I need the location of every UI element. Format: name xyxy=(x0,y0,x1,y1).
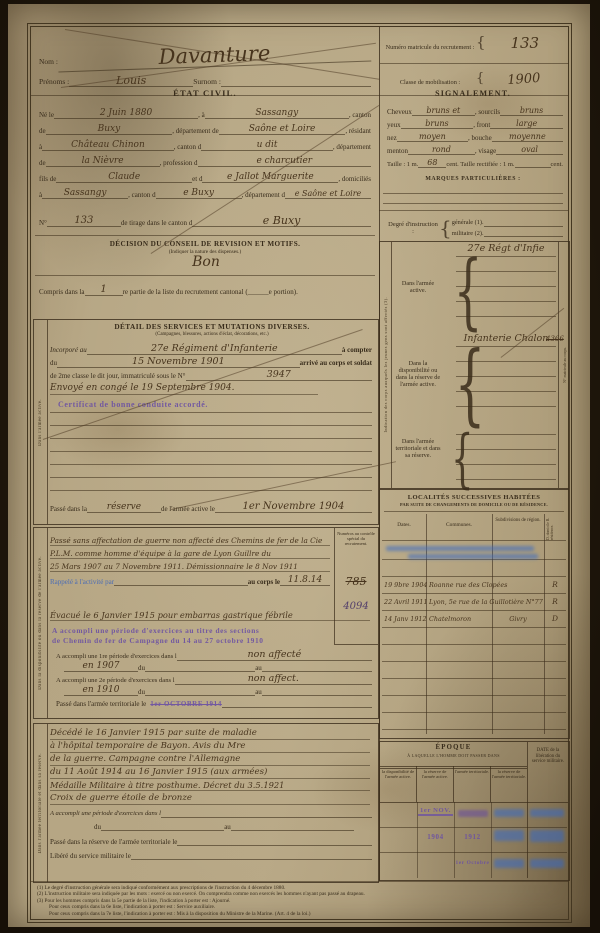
purple-stamp-smear xyxy=(458,810,488,817)
epoque-stamp-octobre: 1er Octobre xyxy=(455,860,490,866)
field-label: Incorporé au xyxy=(50,346,87,354)
field-label: au corps le xyxy=(248,578,280,586)
localites-col-communes: Communes. xyxy=(426,522,492,528)
matricule-row: Numéro matricule du recrutement : { 133 xyxy=(384,33,564,51)
territoriale-margin: Dans l'armée territoriale et dans sa rés… xyxy=(34,724,48,882)
blank-fill xyxy=(515,167,551,168)
blank-fill xyxy=(222,707,372,708)
field-label: militaire (2). xyxy=(452,230,484,237)
reserve-margin: Dans la disponibilité ou dans la réserve… xyxy=(34,528,48,718)
field-label: Cheveux xyxy=(387,108,412,116)
table-rowrule xyxy=(382,661,566,662)
handwritten-value: Saône et Loire xyxy=(219,125,346,135)
table-rowrule xyxy=(380,852,567,853)
footnote: Pour ceux compris dans la 7e liste, l'in… xyxy=(37,911,563,917)
services-title: DÉTAIL DES SERVICES ET MUTATIONS DIVERSE… xyxy=(50,323,374,331)
blank-rule xyxy=(383,203,563,204)
marques-title: MARQUES PARTICULIÈRES : xyxy=(383,176,563,183)
epoque-date-header-label: DATE de la libération du service militai… xyxy=(529,748,567,765)
field-label: au xyxy=(255,664,262,672)
corps-left-margin-label: Indication des corps auxquels les jeunes… xyxy=(383,297,388,433)
corps-rule xyxy=(456,434,556,435)
table-rowrule xyxy=(382,610,566,611)
field-label: A accompli une 2e période d'exercices da… xyxy=(56,677,175,685)
field-label: menton xyxy=(387,147,408,155)
table-colsep xyxy=(454,802,455,878)
field-label: , à xyxy=(198,111,205,119)
handwritten-value: moyen xyxy=(397,133,468,142)
field-label: , canton d xyxy=(174,143,201,151)
blank-fill xyxy=(145,671,255,672)
localites-commune: Chatelmoron xyxy=(429,616,471,622)
deces-entry: de la guerre. Campagne contre l'Allemagn… xyxy=(50,754,370,766)
handwritten-value: 133 xyxy=(47,216,121,227)
etat-civil-line: àSassangy, canton de Buxy, département d… xyxy=(39,189,371,199)
field-label: de tirage dans le canton d xyxy=(121,219,192,227)
table-rowrule xyxy=(382,627,566,628)
periode1-line: A accompli une 1re période d'exercices d… xyxy=(56,650,372,661)
corps-rule xyxy=(456,256,556,257)
service-entry: Incorporé au 27e Régiment d'Infanterie à… xyxy=(50,344,372,355)
blank-rule xyxy=(50,451,372,452)
field-label: nez xyxy=(387,134,397,142)
reserve-entry: 25 Mars 1907 au 7 Novembre 1911. Démissi… xyxy=(50,562,330,572)
signalement-line: mentonrond, visageoval xyxy=(387,146,563,155)
field-label: A accompli une 1re période d'exercices d… xyxy=(56,653,177,661)
handwritten-value: 2 Juin 1880 xyxy=(54,109,198,119)
localites-dr: D xyxy=(546,615,564,623)
field-label: cent. xyxy=(551,161,563,168)
field-label: Taille : 1 m. xyxy=(387,161,418,168)
territoriale-margin-label: Dans l'armée territoriale et dans sa rés… xyxy=(38,753,43,854)
decision-title: DÉCISION DU CONSEIL DE REVISION ET MOTIF… xyxy=(39,240,371,248)
blue-stamp-smear xyxy=(494,859,524,868)
services-box: Dans l'armée active. DÉTAIL DES SERVICES… xyxy=(33,319,379,525)
localites-commune: Lyon, 5e rue de la Guillotière N°77 xyxy=(429,599,543,605)
corps-rule xyxy=(456,346,556,347)
brace-icon: { xyxy=(439,216,452,240)
section-divider xyxy=(35,275,375,276)
degre-label: Degré d'instruction : xyxy=(387,221,439,236)
territoriale-box: Dans l'armée territoriale et dans sa rés… xyxy=(33,723,379,883)
controle-number-struck: 785 xyxy=(337,576,375,587)
field-label: , résidant xyxy=(345,127,371,135)
name-label: Nom : xyxy=(39,58,58,67)
field-label: du xyxy=(138,664,145,672)
handwritten-value: réserve xyxy=(87,503,161,513)
section-divider xyxy=(35,235,375,236)
localites-commune: Roanne rue des Clopées xyxy=(429,582,507,588)
handwritten-value: la Nièvre xyxy=(46,157,160,167)
blank-rule xyxy=(50,425,372,426)
blue-stamp-smear xyxy=(530,809,564,817)
epoque-col1: la disponibilité de l'armée active. xyxy=(380,766,417,802)
epoque-col2: la réserve de l'armée active. xyxy=(417,766,454,802)
handwritten-value: non affect. xyxy=(175,674,372,685)
corps-rule xyxy=(456,301,556,302)
signalement-line: nezmoyen, bouchemoyenne xyxy=(387,133,563,142)
localites-subtitle: PAR SUITE DE CHANGEMENTS DE DOMICILE OU … xyxy=(382,503,566,508)
passe-reserve-territoriale-line: Passé dans la réserve de l'armée territo… xyxy=(50,838,372,846)
handwritten-value: Buxy xyxy=(46,125,173,135)
deces-entry: Décédé le 16 Janvier 1915 par suite de m… xyxy=(50,728,370,740)
blank-rule xyxy=(50,490,372,491)
degre-militaire-line: militaire (2). xyxy=(452,230,563,237)
corps-rule xyxy=(456,449,556,450)
degre-block: Degré d'instruction : { générale (1). mi… xyxy=(387,216,563,240)
field-label: re partie de la liste du recrutement can… xyxy=(123,288,298,296)
field-label: Passé dans la réserve de l'armée territo… xyxy=(50,838,177,846)
exercices-stamp-line1: A accompli une période d'exercices au ti… xyxy=(52,626,259,635)
epoque-stamp-1904: 1904 xyxy=(418,833,453,841)
epoque-subtitle: À LAQUELLE L'HOMME DOIT PASSER DANS xyxy=(380,754,527,759)
localites-col-subdiv: Subdivisions de région. xyxy=(492,518,544,524)
field-label: , département de xyxy=(172,127,218,135)
epoque-box: ÉPOQUE À LAQUELLE L'HOMME DOIT PASSER DA… xyxy=(379,741,570,881)
epoque-stamp-1912: 1912 xyxy=(456,833,489,841)
corps-g2-value: Infanterie Chalon xyxy=(456,334,556,344)
medaille-entry: Médaille Militaire à titre posthume. Déc… xyxy=(50,780,370,791)
handwritten-value: e Buxy xyxy=(192,215,371,227)
epoque-values: 1er NOV. 1904 1912 1er Octobre xyxy=(380,802,567,878)
etat-civil-line: deBuxy, département deSaône et Loire, ré… xyxy=(39,125,371,135)
blank-fill xyxy=(484,236,563,237)
corps-rule xyxy=(456,286,556,287)
deces-entry: du 11 Août 1914 au 16 Janvier 1915 (aux … xyxy=(50,767,370,779)
corps-rule xyxy=(456,406,556,407)
field-label: , sourcils xyxy=(475,108,500,116)
libere-line: Libéré du service militaire le xyxy=(50,852,372,860)
epoque-stamp-nov: 1er NOV. xyxy=(418,807,453,816)
rappel-line: Rappelé à l'activité par au corps le 11.… xyxy=(50,576,330,586)
table-colsep xyxy=(491,802,492,878)
blank-rule xyxy=(50,464,372,465)
handwritten-value: Sassangy xyxy=(42,189,128,199)
field-label: , canton d xyxy=(128,191,155,199)
table-headrule xyxy=(382,540,566,541)
corps-right-margin-label: N° matricule au corps. xyxy=(562,347,567,383)
localites-date: 14 Janv 1912 xyxy=(384,616,427,622)
footnotes: (1) Le degré d'instruction générale sera… xyxy=(37,885,563,917)
taille-line: Taille : 1 m.68cent. Taille rectifiée : … xyxy=(387,159,563,168)
corps-rule xyxy=(456,391,556,392)
firstname-row: Prénoms : Louis Surnom : xyxy=(39,75,371,87)
field-label: , visage xyxy=(475,147,496,155)
periode-territoriale-dates: du au xyxy=(94,823,354,831)
handwritten-value: Sassangy xyxy=(205,109,349,119)
handwritten-value: large xyxy=(490,120,563,129)
table-rowrule xyxy=(382,559,566,560)
signalement-line: yeuxbruns, frontlarge xyxy=(387,120,563,129)
blank-rule xyxy=(50,438,372,439)
classe-value: 1900 xyxy=(484,70,564,89)
degre-generale-line: générale (1). xyxy=(452,219,563,226)
corps-rule xyxy=(456,464,556,465)
brace-icon: { xyxy=(454,244,483,339)
name-value: Davanture xyxy=(58,40,372,73)
corps-right-margin: N° matricule au corps. xyxy=(558,242,569,488)
blank-fill xyxy=(262,695,372,696)
localites-date: 22 Avril 1911 xyxy=(384,599,428,605)
localites-table: Dates. Communes. Subdivisions de région.… xyxy=(382,514,566,734)
localites-box: LOCALITÉS SUCCESSIVES HABITÉES PAR SUITE… xyxy=(379,489,570,739)
etat-civil-line: Né le2 Juin 1880, àSassangy, canton xyxy=(39,109,371,119)
surname-label: Surnom : xyxy=(193,78,221,87)
blue-stamp-smear xyxy=(408,554,538,559)
periode1-dates: en 1907 du au xyxy=(64,662,372,672)
matricule-divider xyxy=(380,63,569,64)
table-rowrule xyxy=(382,593,566,594)
field-label: de xyxy=(39,127,46,135)
field-label: , front xyxy=(473,121,490,129)
periode2-line: A accompli une 2e période d'exercices da… xyxy=(56,674,372,685)
controle-special-title: Numéros au contrôle spécial du recruteme… xyxy=(336,531,376,547)
field-label: de xyxy=(39,159,46,167)
compris-line: Compris dans la 1 re partie de la liste … xyxy=(39,285,371,296)
degre-lines: générale (1). militaire (2). xyxy=(452,219,563,236)
blue-stamp-smear xyxy=(494,809,524,817)
blank-fill xyxy=(231,830,354,831)
handwritten-value: 1 xyxy=(85,285,123,296)
service-entry: du 15 Novembre 1901 arrivé au corps et s… xyxy=(50,357,372,368)
corps-rule xyxy=(456,271,556,272)
handwritten-value: 68 xyxy=(418,159,446,168)
blue-stamp-smear xyxy=(530,830,564,842)
table-rowrule xyxy=(382,712,566,713)
field-label: , domiciliés xyxy=(338,175,371,183)
table-rowrule xyxy=(382,729,566,730)
handwritten-value: moyenne xyxy=(492,133,563,142)
field-label: , département xyxy=(333,143,371,151)
field-label: , profession d xyxy=(160,159,198,167)
table-rowrule xyxy=(380,827,567,828)
signalement-line: Cheveuxbruns et, sourcilsbruns xyxy=(387,107,563,116)
field-label: Passé dans la xyxy=(50,505,87,513)
name-row: Nom : Davanture xyxy=(39,45,371,67)
blank-fill xyxy=(484,226,563,227)
field-label: yeux xyxy=(387,121,401,129)
field-label: du xyxy=(50,359,57,367)
handwritten-value: bruns et xyxy=(412,107,475,116)
form-frame: Nom : Davanture Prénoms : Louis Surnom :… xyxy=(30,26,569,920)
blank-fill xyxy=(262,671,372,672)
handwritten-value: e Buxy xyxy=(156,189,242,199)
field-label: , département d xyxy=(242,191,285,199)
croix-entry: Croix de guerre étoile de bronze xyxy=(50,793,370,805)
controle-number: 4094 xyxy=(337,602,375,612)
corps-g1-value: 27e Régt d'Infie xyxy=(456,244,556,254)
field-label: Passé dans l'armée territoriale le xyxy=(56,700,146,708)
localites-title-rule xyxy=(384,511,564,512)
passe-territoriale-line: Passé dans l'armée territoriale le 1er O… xyxy=(56,700,372,708)
classe-label: Classe de mobilisation : xyxy=(384,79,476,86)
brace-icon: { xyxy=(476,33,486,51)
brace-icon: { xyxy=(455,332,486,435)
localites-dr: R xyxy=(546,581,564,589)
etat-civil-line: fils deClaudeet de Jallot Marguerite, do… xyxy=(39,173,371,183)
rappel-stamp: Rappelé à l'activité par xyxy=(50,578,114,586)
exercices-stamp-line2: de Chemin de fer de Campagne du 14 au 27… xyxy=(52,636,264,645)
field-label: , bouche xyxy=(468,134,492,142)
field-label: au xyxy=(255,688,262,696)
table-colsep xyxy=(527,802,528,878)
epoque-title: ÉPOQUE xyxy=(380,744,527,752)
localites-col-dates: Dates. xyxy=(382,522,426,528)
decision-value: Bon xyxy=(161,255,251,269)
matricule-label: Numéro matricule du recrutement : xyxy=(384,44,476,51)
field-label: du xyxy=(138,688,145,696)
handwritten-value: bruns xyxy=(500,107,563,116)
signalement-title: SIGNALEMENT. xyxy=(383,89,563,98)
corps-g1-label: Dans l'armée active. xyxy=(393,280,443,294)
services-margin: Dans l'armée active. xyxy=(34,320,48,524)
handwritten-value: non affecté xyxy=(177,650,372,661)
handwritten-value: en 1910 xyxy=(64,686,138,696)
periode2-dates: en 1910 du au xyxy=(64,686,372,696)
handwritten-value: bruns xyxy=(401,120,474,129)
corps-g2-number-struck: 4366 xyxy=(546,336,564,343)
etat-civil-line: dela Nièvre, profession de charcutier xyxy=(39,157,371,167)
localites-title: LOCALITÉS SUCCESSIVES HABITÉES xyxy=(382,494,566,502)
controle-special-box: Numéros au contrôle spécial du recruteme… xyxy=(334,528,378,645)
table-colsep xyxy=(544,514,545,734)
handwritten-value: Claude xyxy=(56,173,192,183)
corps-g3-label: Dans l'armée territoriale et dans sa rés… xyxy=(393,438,443,459)
blank-fill xyxy=(131,859,372,860)
localites-subdiv: Givry xyxy=(494,616,542,622)
handwritten-value: 11.8.14 xyxy=(280,576,330,586)
corps-left-margin: Indication des corps auxquels les jeunes… xyxy=(380,242,392,488)
corps-g2-label: Dans la disponibilité ou dans la réserve… xyxy=(393,360,443,389)
services-subtitle: (Campagnes, blessures, actions d'éclat, … xyxy=(50,332,374,338)
field-label: cent. Taille rectifiée : 1 m. xyxy=(446,161,514,168)
handwritten-value: Château Chinon xyxy=(42,141,174,151)
matricule-value: 133 xyxy=(486,36,564,51)
table-rowrule xyxy=(382,678,566,679)
table-rowrule xyxy=(382,644,566,645)
field-label: de 2me classe le dit jour, immatriculé s… xyxy=(50,372,186,380)
matricule-box: Numéro matricule du recrutement : { 133 … xyxy=(379,27,569,95)
table-rowrule xyxy=(382,576,566,577)
periode-territoriale-line: A accompli une période d'exercices dans … xyxy=(50,810,372,818)
reserve-entry: Passé sans affectation de guerre non aff… xyxy=(50,536,330,546)
document-paper: Nom : Davanture Prénoms : Louis Surnom :… xyxy=(8,4,590,927)
localites-col-dr: D. domicile R. résidence. xyxy=(546,516,554,540)
epoque-col3: l'armée territoriale. xyxy=(454,766,491,802)
field-label: Compris dans la xyxy=(39,288,85,296)
handwritten-value: e Saône et Loire xyxy=(285,190,371,199)
localites-dr: R xyxy=(546,598,564,606)
classe-row: Classe de mobilisation : { 1900 xyxy=(384,71,564,86)
blank-fill xyxy=(145,695,255,696)
corps-rule xyxy=(456,479,556,480)
blue-stamp-smear xyxy=(386,546,534,551)
handwritten-value: oval xyxy=(496,146,563,155)
field-label: générale (1). xyxy=(452,219,484,226)
field-label: Libéré du service militaire le xyxy=(50,852,131,860)
reserve-entry: P.L.M. comme homme d'équipe à la gare de… xyxy=(50,549,330,559)
territoriale-date-stamp: 1er OCTOBRE 1914 xyxy=(150,700,222,708)
blank-fill xyxy=(161,817,372,818)
section-divider xyxy=(379,210,568,211)
corps-rule xyxy=(456,361,556,362)
field-label: N° xyxy=(39,219,47,227)
blue-stamp-smear xyxy=(494,830,524,841)
field-label: à compter xyxy=(342,346,372,354)
etat-civil-title: ÉTAT CIVIL. xyxy=(39,89,371,99)
field-label: arrivé au corps et soldat xyxy=(300,359,372,367)
blank-rule xyxy=(383,193,563,194)
blank-fill xyxy=(101,830,224,831)
field-label: Né le xyxy=(39,111,54,119)
handwritten-value: 1er Novembre 1904 xyxy=(215,502,372,513)
blank-fill xyxy=(114,585,248,586)
table-rowrule xyxy=(382,695,566,696)
corps-box: Indication des corps auxquels les jeunes… xyxy=(379,241,570,489)
reserve-margin-label: Dans la disponibilité ou dans la réserve… xyxy=(38,556,43,690)
field-label: fils de xyxy=(39,175,56,183)
reserve-box: Dans la disponibilité ou dans la réserve… xyxy=(33,527,379,719)
handwritten-value: rond xyxy=(408,146,475,155)
blank-fill xyxy=(177,845,372,846)
field-label: et d xyxy=(192,175,202,183)
epoque-col4: la réserve de l'armée territoriale. xyxy=(491,766,527,802)
reserve-entry: Évacué le 6 Janvier 1915 pour embarras g… xyxy=(50,610,370,621)
photo-background: Nom : Davanture Prénoms : Louis Surnom :… xyxy=(0,0,600,933)
footnotes-divider xyxy=(31,881,568,882)
passe-reserve-line: Passé dans la réserve de l'armée active … xyxy=(50,502,372,513)
blank-rule xyxy=(50,412,372,413)
corps-rule xyxy=(456,316,556,317)
epoque-date-header: DATE de la libération du service militai… xyxy=(527,742,568,803)
localites-date: 19 9bre 1904 xyxy=(384,582,427,588)
corps-rule xyxy=(456,376,556,377)
service-entry: de 2me classe le dit jour, immatriculé s… xyxy=(50,370,372,381)
blue-stamp-smear xyxy=(530,859,564,868)
deces-entry: à l'hôpital temporaire de Bayon. Avis du… xyxy=(50,741,370,753)
field-label: du xyxy=(94,823,101,831)
field-label: A accompli une période d'exercices dans … xyxy=(50,810,161,818)
epoque-header: ÉPOQUE À LAQUELLE L'HOMME DOIT PASSER DA… xyxy=(380,742,527,769)
handwritten-value: en 1907 xyxy=(64,662,138,672)
field-label: au xyxy=(224,823,231,831)
surname-blank xyxy=(221,86,371,87)
epoque-colheads: la disponibilité de l'armée active. la r… xyxy=(380,766,527,803)
